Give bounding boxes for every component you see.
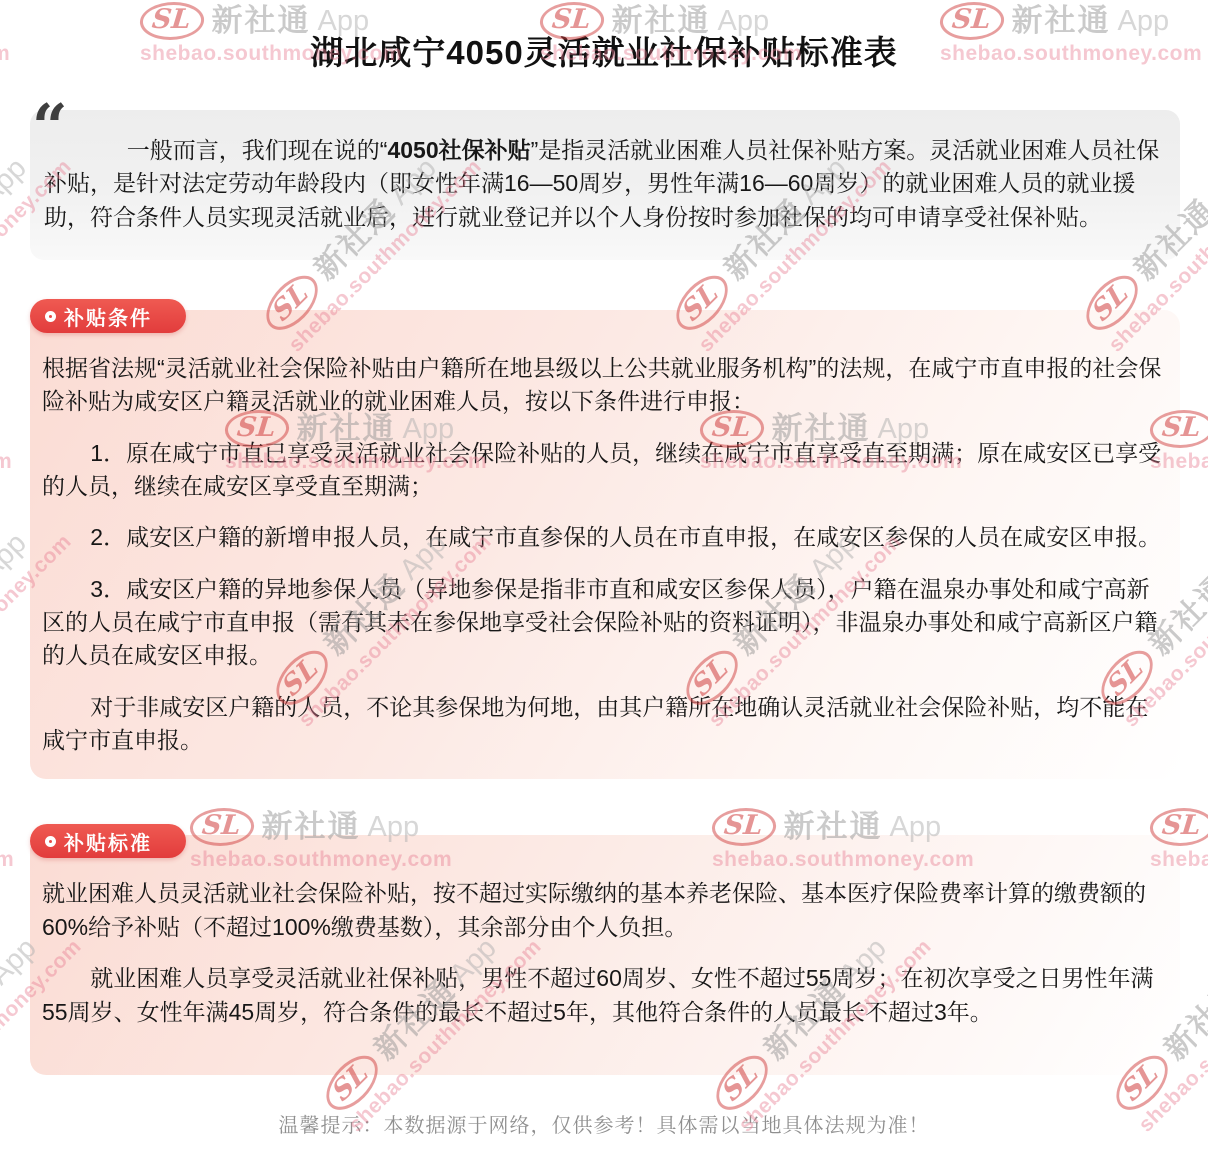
section-standards-badge: 补贴标准: [30, 824, 186, 858]
paragraph: 3．咸安区户籍的异地参保人员（异地参保是指非市直和咸安区参保人员），户籍在温泉办…: [42, 573, 1166, 673]
page: SL新社通Appshebao.southmoney.comSL新社通Appshe…: [0, 0, 1208, 1172]
paragraph: 1．原在咸宁市直已享受灵活就业社会保险补贴的人员，继续在咸宁市直享受直至期满；原…: [42, 437, 1166, 504]
intro-paragraph: 一般而言，我们现在说的“4050社保补贴”是指灵活就业困难人员社保补贴方案。灵活…: [44, 134, 1164, 234]
intro-highlight: 4050社保补贴: [387, 137, 530, 163]
main-content: 湖北咸宁4050灵活就业社保补贴标准表 “ 一般而言，我们现在说的“4050社保…: [0, 0, 1208, 1138]
intro-pre: 一般而言，我们现在说的“: [127, 137, 388, 163]
section-conditions-badge-label: 补贴条件: [64, 302, 152, 331]
page-title: 湖北咸宁4050灵活就业社保补贴标准表: [0, 0, 1208, 74]
section-standards: 补贴标准 就业困难人员灵活就业社会保险补贴，按不超过实际缴纳的基本养老保险、基本…: [30, 835, 1180, 1074]
ring-icon: [45, 836, 56, 847]
paragraph: 就业困难人员灵活就业社会保险补贴，按不超过实际缴纳的基本养老保险、基本医疗保险费…: [42, 877, 1166, 944]
section-standards-badge-label: 补贴标准: [64, 827, 152, 856]
intro-quote-box: “ 一般而言，我们现在说的“4050社保补贴”是指灵活就业困难人员社保补贴方案。…: [30, 110, 1180, 260]
section-conditions-badge: 补贴条件: [30, 299, 186, 333]
ring-icon: [45, 311, 56, 322]
section-conditions: 补贴条件 根据省法规“灵活就业社会保险补贴由户籍所在地县级以上公共就业服务机构”…: [30, 310, 1180, 779]
paragraph: 根据省法规“灵活就业社会保险补贴由户籍所在地县级以上公共就业服务机构”的法规，在…: [42, 352, 1166, 419]
footer-note: 温馨提示：本数据源于网络，仅供参考！具体需以当地具体法规为准！: [0, 1109, 1208, 1138]
paragraph: 2．咸安区户籍的新增申报人员，在咸宁市直参保的人员在市直申报，在咸安区参保的人员…: [42, 521, 1166, 554]
paragraph: 对于非咸安区户籍的人员，不论其参保地为何地，由其户籍所在地确认灵活就业社会保险补…: [42, 691, 1166, 758]
quote-icon: “: [32, 96, 68, 158]
paragraph: 就业困难人员享受灵活就业社保补贴，男性不超过60周岁、女性不超过55周岁；在初次…: [42, 962, 1166, 1029]
